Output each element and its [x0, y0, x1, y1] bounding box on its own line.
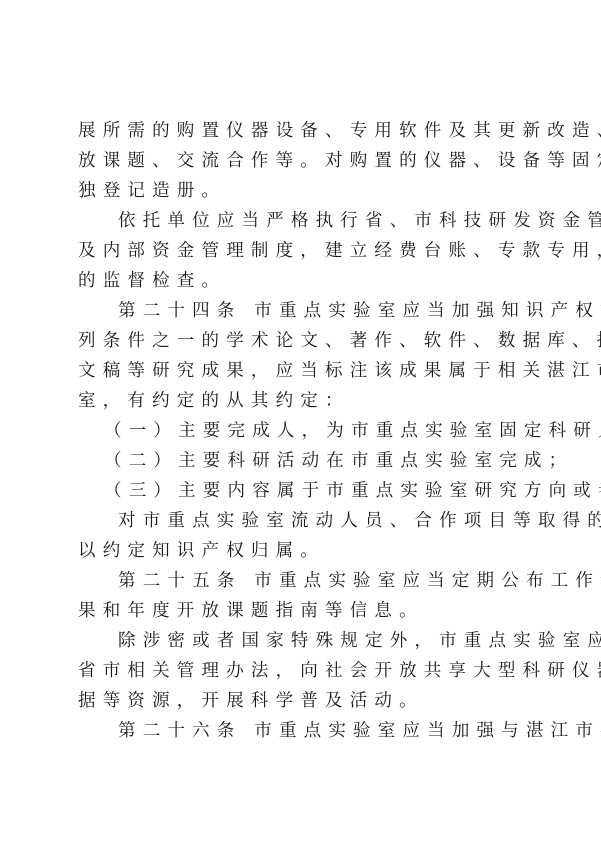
- text-line: 文稿等研究成果，应当标注该成果属于相关湛江市××重点实验: [78, 359, 528, 383]
- paragraph-start: 依托单位应当严格执行省、市科技研发资金管理相关规定以: [118, 209, 568, 233]
- text-line: 以约定知识产权归属。: [78, 539, 528, 563]
- text-line: 放课题、交流合作等。对购置的仪器、设备等固定资产，应当单: [78, 149, 528, 173]
- text-line: 省市相关管理办法，向社会开放共享大型科研仪器设备、科学数: [78, 659, 528, 683]
- text-line: 展所需的购置仪器设备、专用软件及其更新改造、实验耗材、开: [78, 119, 528, 143]
- text-line: 据等资源，开展科学普及活动。: [78, 689, 528, 713]
- text-line: 室，有约定的从其约定：: [78, 389, 528, 413]
- document-page: 展所需的购置仪器设备、专用软件及其更新改造、实验耗材、开 放课题、交流合作等。对…: [0, 0, 601, 850]
- text-line: 及内部资金管理制度，建立经费台账、专款专用，接受政府部门: [78, 239, 528, 263]
- list-item-1: （一）主要完成人，为市重点实验室固定科研人员；: [104, 419, 554, 443]
- paragraph-start: 除涉密或者国家特殊规定外，市重点实验室应当按照国家和: [118, 629, 568, 653]
- text-line: 列条件之一的学术论文、著作、软件、数据库、提交的技术标准: [78, 329, 528, 353]
- list-item-3: （三）主要内容属于市重点实验室研究方向或者工作任务。: [104, 479, 554, 503]
- text-line: 独登记造册。: [78, 179, 528, 203]
- paragraph-start: 对市重点实验室流动人员、合作项目等取得的科技成果，可: [118, 509, 568, 533]
- text-line: 果和年度开放课题指南等信息。: [78, 599, 528, 623]
- article-26-heading: 第二十六条 市重点实验室应当加强与湛江市各类科研创新: [118, 719, 568, 743]
- article-25-heading: 第二十五条 市重点实验室应当定期公布工作动态、科研成: [118, 569, 568, 593]
- text-line: 的监督检查。: [78, 269, 528, 293]
- list-item-2: （二）主要科研活动在市重点实验室完成；: [104, 449, 554, 473]
- article-24-heading: 第二十四条 市重点实验室应当加强知识产权管理。符合下: [118, 299, 568, 323]
